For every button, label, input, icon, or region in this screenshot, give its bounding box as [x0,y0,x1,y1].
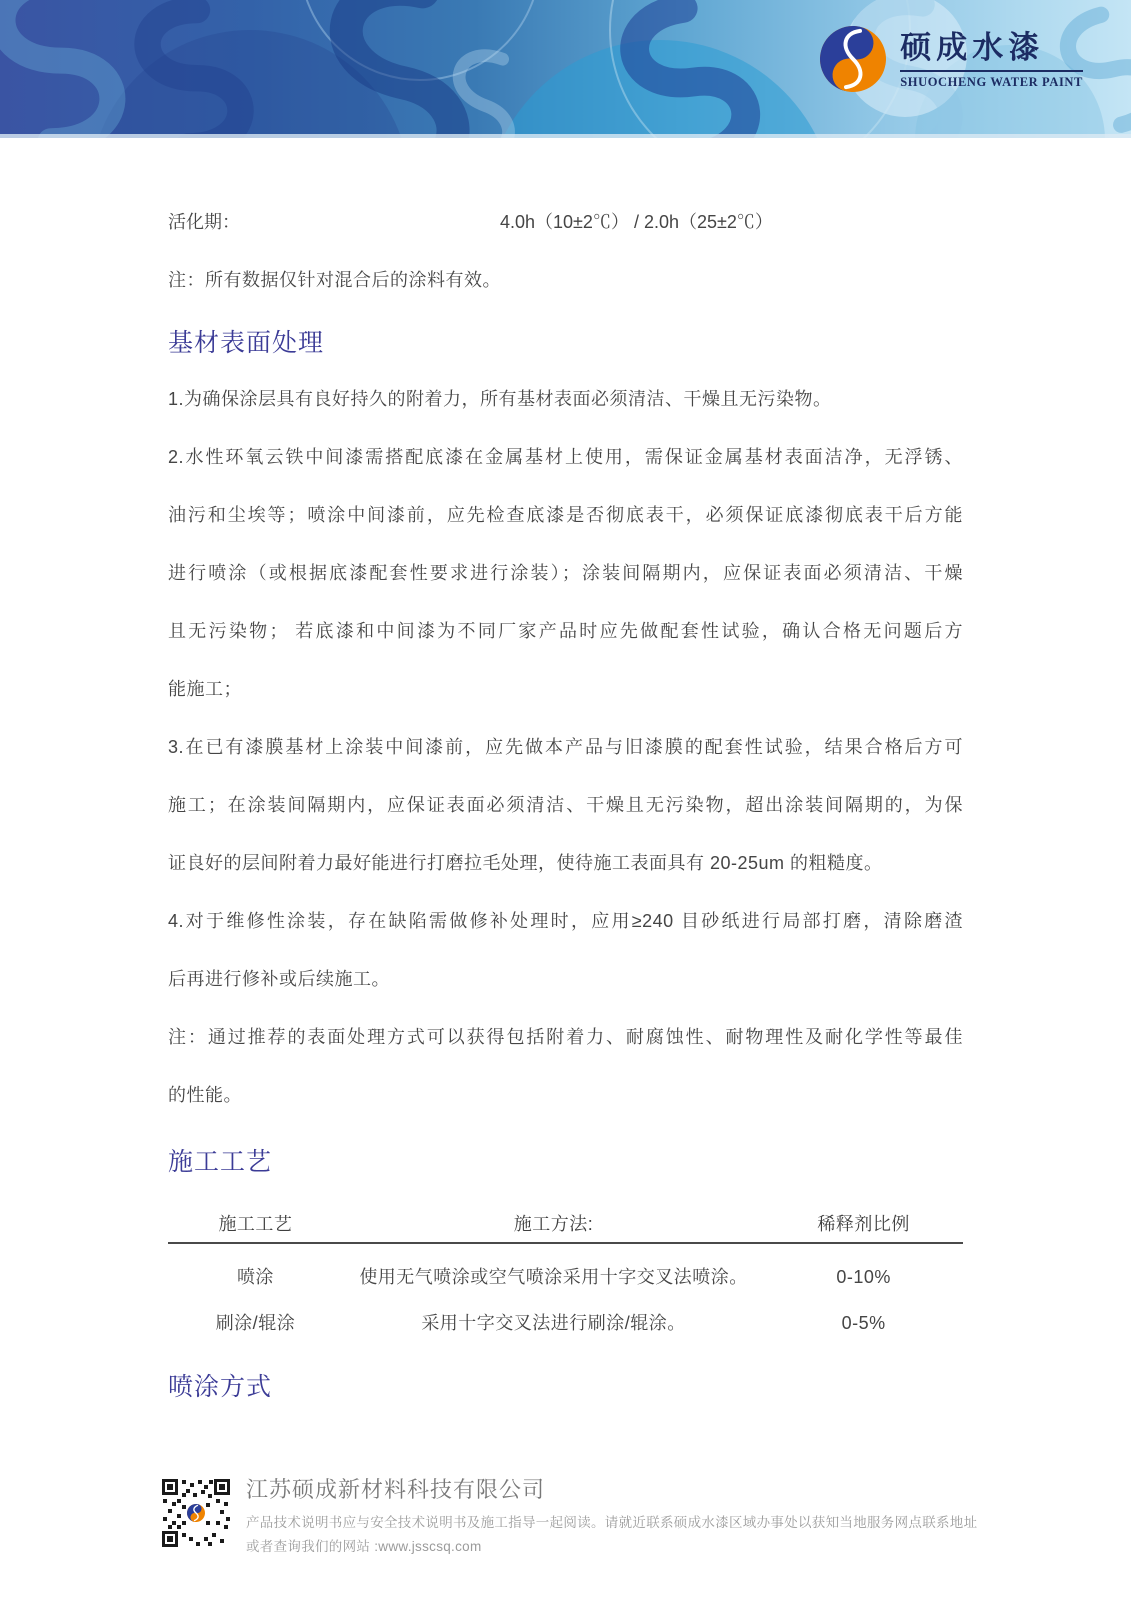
footer-note-line1: 产品技术说明书应与安全技术说明书及施工指导一起阅读。请就近联系硕成水漆区域办事处… [246,1511,977,1535]
table-cell: 刷涂/辊涂 [168,1300,343,1346]
brand-divider [900,70,1083,72]
page-footer: 江苏硕成新材料科技有限公司 产品技术说明书应与安全技术说明书及施工指导一起阅读。… [160,1477,980,1559]
brand-name: 硕成水漆 [900,28,1083,68]
body-line: 且无污染物； 若底漆和中间漆为不同厂家产品时应先做配套性试验，确认合格无问题后方 [168,602,963,660]
section-title-surface-treatment: 基材表面处理 [168,323,963,363]
table-row: 刷涂/辊涂 采用十字交叉法进行刷涂/辊涂。 0-5% [168,1300,963,1346]
body-line: 油污和尘埃等；喷涂中间漆前，应先检查底漆是否彻底表干，必须保证底漆彻底表干后方能 [168,486,963,544]
table-row: 喷涂 使用无气喷涂或空气喷涂采用十字交叉法喷涂。 0-10% [168,1243,963,1300]
body-line: 1.为确保涂层具有良好持久的附着力，所有基材表面必须清洁、干燥且无污染物。 [168,370,963,428]
field-label-activation: 活化期： [168,193,500,251]
body-line: 进行喷涂（或根据底漆配套性要求进行涂装）；涂装间隔期内，应保证表面必须清洁、干燥 [168,544,963,602]
section-title-process: 施工工艺 [168,1142,963,1182]
table-header-method: 施工工艺 [168,1206,343,1243]
footer-note-line2: 或者查询我们的网站 :www.jsscsq.com [246,1535,977,1559]
table-header-row: 施工工艺 施工方法: 稀释剂比例 [168,1206,963,1243]
table-cell: 喷涂 [168,1243,343,1300]
body-line: 能施工； [168,660,963,718]
process-table: 施工工艺 施工方法: 稀释剂比例 喷涂 使用无气喷涂或空气喷涂采用十字交叉法喷涂… [168,1206,963,1346]
brand-subtitle: SHUOCHENG WATER PAINT [900,75,1083,90]
table-cell: 采用十字交叉法进行刷涂/辊涂。 [343,1300,764,1346]
table-cell: 0-10% [764,1243,963,1300]
brand-logo: 硕成水漆 SHUOCHENG WATER PAINT [820,26,1083,92]
body-line: 证良好的层间附着力最好能进行打磨拉毛处理，使待施工表面具有 20-25um 的粗… [168,834,963,892]
header-banner: 硕成水漆 SHUOCHENG WATER PAINT [0,0,1131,138]
table-cell: 使用无气喷涂或空气喷涂采用十字交叉法喷涂。 [343,1243,764,1300]
body-line: 4.对于维修性涂装，存在缺陷需做修补处理时，应用≥240 目砂纸进行局部打磨，清… [168,892,963,950]
table-header-approach: 施工方法: [343,1206,764,1243]
table-header-thinner: 稀释剂比例 [764,1206,963,1243]
table-cell: 0-5% [764,1300,963,1346]
note-mixed-paint: 注：所有数据仅针对混合后的涂料有效。 [168,251,963,309]
body-line: 2.水性环氧云铁中间漆需搭配底漆在金属基材上使用，需保证金属基材表面洁净，无浮锈… [168,428,963,486]
body-line: 的性能。 [168,1066,963,1124]
section-title-spray-method: 喷涂方式 [168,1367,963,1407]
field-value-activation: 4.0h（10±2℃） / 2.0h（25±2℃） [500,212,773,232]
body-line: 注：通过推荐的表面处理方式可以获得包括附着力、耐腐蚀性、耐物理性及耐化学性等最佳 [168,1008,963,1066]
s-swirl-logo-icon [813,19,893,99]
page-body: 活化期：4.0h（10±2℃） / 2.0h（25±2℃） 注：所有数据仅针对混… [168,138,963,1407]
body-line: 后再进行修补或后续施工。 [168,950,963,1008]
body-line: 施工；在涂装间隔期内，应保证表面必须清洁、干燥且无污染物，超出涂装间隔期的，为保 [168,776,963,834]
body-line: 3.在已有漆膜基材上涂装中间漆前，应先做本产品与旧漆膜的配套性试验，结果合格后方… [168,718,963,776]
activation-period-row: 活化期：4.0h（10±2℃） / 2.0h（25±2℃） [168,193,963,251]
company-name: 江苏硕成新材料科技有限公司 [246,1477,977,1503]
qr-code [160,1477,232,1549]
